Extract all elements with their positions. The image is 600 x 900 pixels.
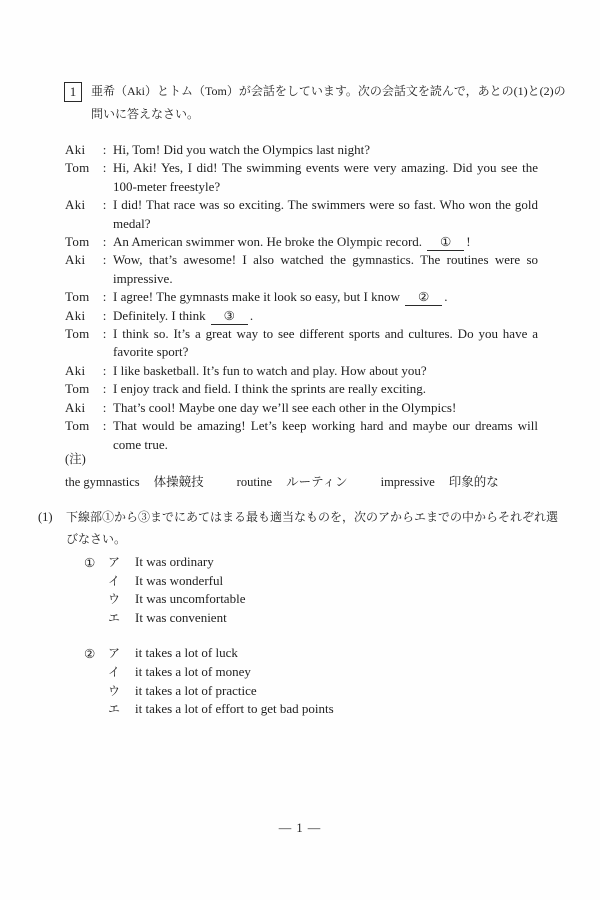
glossary-term: routine xyxy=(237,471,272,494)
option-group-number: ② xyxy=(84,644,108,718)
option-key: イ xyxy=(108,572,135,591)
speaker-name: Aki xyxy=(65,399,96,417)
speaker-name: Tom xyxy=(65,159,96,196)
utterance-text-after: . xyxy=(250,308,253,323)
speaker-colon: : xyxy=(96,307,113,325)
speaker-colon: : xyxy=(96,141,113,159)
speaker-colon: : xyxy=(96,233,113,251)
notes-section: (注) the gymnastics 体操競技 routine ルーティン im… xyxy=(65,448,560,494)
option-key: エ xyxy=(108,700,135,719)
notes-label: (注) xyxy=(65,448,560,471)
utterance: I like basketball. It’s fun to watch and… xyxy=(113,362,538,380)
option-group-1: ① ア It was ordinary イ It was wonderful ウ… xyxy=(84,553,548,627)
speaker-name: Tom xyxy=(65,233,96,251)
speaker-name: Aki xyxy=(65,141,96,159)
option-u: ウ it takes a lot of practice xyxy=(108,682,334,701)
option-key: イ xyxy=(108,663,135,682)
question-1-head: (1) 下線部①から③までにあてはまる最も適当なものを，次のアからエまでの中から… xyxy=(38,506,548,550)
glossary-entry: impressive 印象的な xyxy=(381,471,499,494)
speaker-name: Tom xyxy=(65,325,96,362)
speaker-colon: : xyxy=(96,362,113,380)
circled-number-1: ① xyxy=(440,234,451,249)
option-a: ア It was ordinary xyxy=(108,553,245,572)
circled-number-2: ② xyxy=(418,289,429,304)
dialogue-turn: Tom : I agree! The gymnasts make it look… xyxy=(65,288,538,306)
option-list: ア It was ordinary イ It was wonderful ウ I… xyxy=(108,553,245,627)
utterance: An American swimmer won. He broke the Ol… xyxy=(113,233,538,251)
exam-page: 1 亜希（Aki）とトム（Tom）が会話をしています。次の会話文を読んで，あとの… xyxy=(0,0,600,900)
option-u: ウ It was uncomfortable xyxy=(108,590,245,609)
dialogue-turn: Tom : An American swimmer won. He broke … xyxy=(65,233,538,251)
option-group-2: ② ア it takes a lot of luck イ it takes a … xyxy=(84,644,548,718)
dialogue-turn: Aki : I like basketball. It’s fun to wat… xyxy=(65,362,538,380)
page-number: — 1 — xyxy=(0,821,600,836)
problem-header: 1 亜希（Aki）とトム（Tom）が会話をしています。次の会話文を読んで，あとの… xyxy=(64,80,560,126)
utterance: Definitely. I think③. xyxy=(113,307,538,325)
problem-number-box: 1 xyxy=(64,82,82,102)
dialogue-turn: Tom : I enjoy track and field. I think t… xyxy=(65,380,538,398)
option-list: ア it takes a lot of luck イ it takes a lo… xyxy=(108,644,334,718)
dialogue-turn: Aki : That’s cool! Maybe one day we’ll s… xyxy=(65,399,538,417)
option-text: it takes a lot of luck xyxy=(135,644,238,663)
option-text: It was ordinary xyxy=(135,553,214,572)
dialogue-turn: Tom : I think so. It’s a great way to se… xyxy=(65,325,538,362)
speaker-colon: : xyxy=(96,399,113,417)
circled-number-3: ③ xyxy=(224,308,235,323)
glossary-entry: the gymnastics 体操競技 xyxy=(65,471,204,494)
question-text-line-1: 下線部①から③までにあてはまる最も適当なものを，次のアからエまでの中からそれぞれ… xyxy=(66,506,558,528)
utterance: I agree! The gymnasts make it look so ea… xyxy=(113,288,538,306)
speaker-name: Aki xyxy=(65,251,96,288)
utterance: That’s cool! Maybe one day we’ll see eac… xyxy=(113,399,538,417)
glossary: the gymnastics 体操競技 routine ルーティン impres… xyxy=(65,471,560,494)
dialogue-turn: Aki : Definitely. I think③. xyxy=(65,307,538,325)
option-i: イ it takes a lot of money xyxy=(108,663,334,682)
option-text: it takes a lot of effort to get bad poin… xyxy=(135,700,334,719)
dialogue-turn: Aki : Wow, that’s awesome! I also watche… xyxy=(65,251,538,288)
blank-2: ② xyxy=(405,289,442,306)
option-text: It was wonderful xyxy=(135,572,223,591)
utterance-text-after: ! xyxy=(466,234,470,249)
utterance-text: An American swimmer won. He broke the Ol… xyxy=(113,234,422,249)
speaker-name: Aki xyxy=(65,307,96,325)
dialogue-turn: Aki : I did! That race was so exciting. … xyxy=(65,196,538,233)
option-text: it takes a lot of practice xyxy=(135,682,257,701)
speaker-name: Tom xyxy=(65,380,96,398)
option-e: エ It was convenient xyxy=(108,609,245,628)
utterance-text-after: . xyxy=(444,289,447,304)
option-text: It was uncomfortable xyxy=(135,590,245,609)
speaker-colon: : xyxy=(96,159,113,196)
question-number: (1) xyxy=(38,506,66,550)
option-text: it takes a lot of money xyxy=(135,663,251,682)
blank-3: ③ xyxy=(211,308,248,325)
glossary-meaning: 印象的な xyxy=(449,471,499,494)
instructions-line-1: 亜希（Aki）とトム（Tom）が会話をしています。次の会話文を読んで，あとの(1… xyxy=(91,80,566,103)
option-a: ア it takes a lot of luck xyxy=(108,644,334,663)
glossary-term: impressive xyxy=(381,471,435,494)
dialogue-turn: Aki : Hi, Tom! Did you watch the Olympic… xyxy=(65,141,538,159)
option-e: エ it takes a lot of effort to get bad po… xyxy=(108,700,334,719)
utterance: Wow, that’s awesome! I also watched the … xyxy=(113,251,538,288)
utterance: I did! That race was so exciting. The sw… xyxy=(113,196,538,233)
speaker-name: Aki xyxy=(65,196,96,233)
option-key: エ xyxy=(108,609,135,628)
question-text: 下線部①から③までにあてはまる最も適当なものを，次のアからエまでの中からそれぞれ… xyxy=(66,506,558,550)
option-key: ア xyxy=(108,644,135,663)
option-key: ア xyxy=(108,553,135,572)
question-1: (1) 下線部①から③までにあてはまる最も適当なものを，次のアからエまでの中から… xyxy=(38,506,548,719)
speaker-colon: : xyxy=(96,288,113,306)
dialogue-turn: Tom : Hi, Aki! Yes, I did! The swimming … xyxy=(65,159,538,196)
instructions-line-2: 問いに答えなさい。 xyxy=(91,103,566,126)
dialogue: Aki : Hi, Tom! Did you watch the Olympic… xyxy=(65,141,538,454)
speaker-name: Tom xyxy=(65,288,96,306)
speaker-name: Aki xyxy=(65,362,96,380)
glossary-term: the gymnastics xyxy=(65,471,140,494)
speaker-colon: : xyxy=(96,325,113,362)
glossary-entry: routine ルーティン xyxy=(237,471,348,494)
glossary-meaning: ルーティン xyxy=(286,471,348,494)
speaker-colon: : xyxy=(96,251,113,288)
utterance-text: Definitely. I think xyxy=(113,308,206,323)
utterance: Hi, Tom! Did you watch the Olympics last… xyxy=(113,141,538,159)
utterance: Hi, Aki! Yes, I did! The swimming events… xyxy=(113,159,538,196)
option-group-number: ① xyxy=(84,553,108,627)
utterance: I enjoy track and field. I think the spr… xyxy=(113,380,538,398)
blank-1: ① xyxy=(427,234,464,251)
speaker-colon: : xyxy=(96,380,113,398)
speaker-colon: : xyxy=(96,196,113,233)
glossary-meaning: 体操競技 xyxy=(154,471,204,494)
question-text-line-2: びなさい。 xyxy=(66,528,558,550)
utterance-text: I agree! The gymnasts make it look so ea… xyxy=(113,289,400,304)
problem-instructions: 亜希（Aki）とトム（Tom）が会話をしています。次の会話文を読んで，あとの(1… xyxy=(91,80,566,126)
option-key: ウ xyxy=(108,682,135,701)
option-key: ウ xyxy=(108,590,135,609)
option-i: イ It was wonderful xyxy=(108,572,245,591)
option-text: It was convenient xyxy=(135,609,227,628)
utterance: I think so. It’s a great way to see diff… xyxy=(113,325,538,362)
